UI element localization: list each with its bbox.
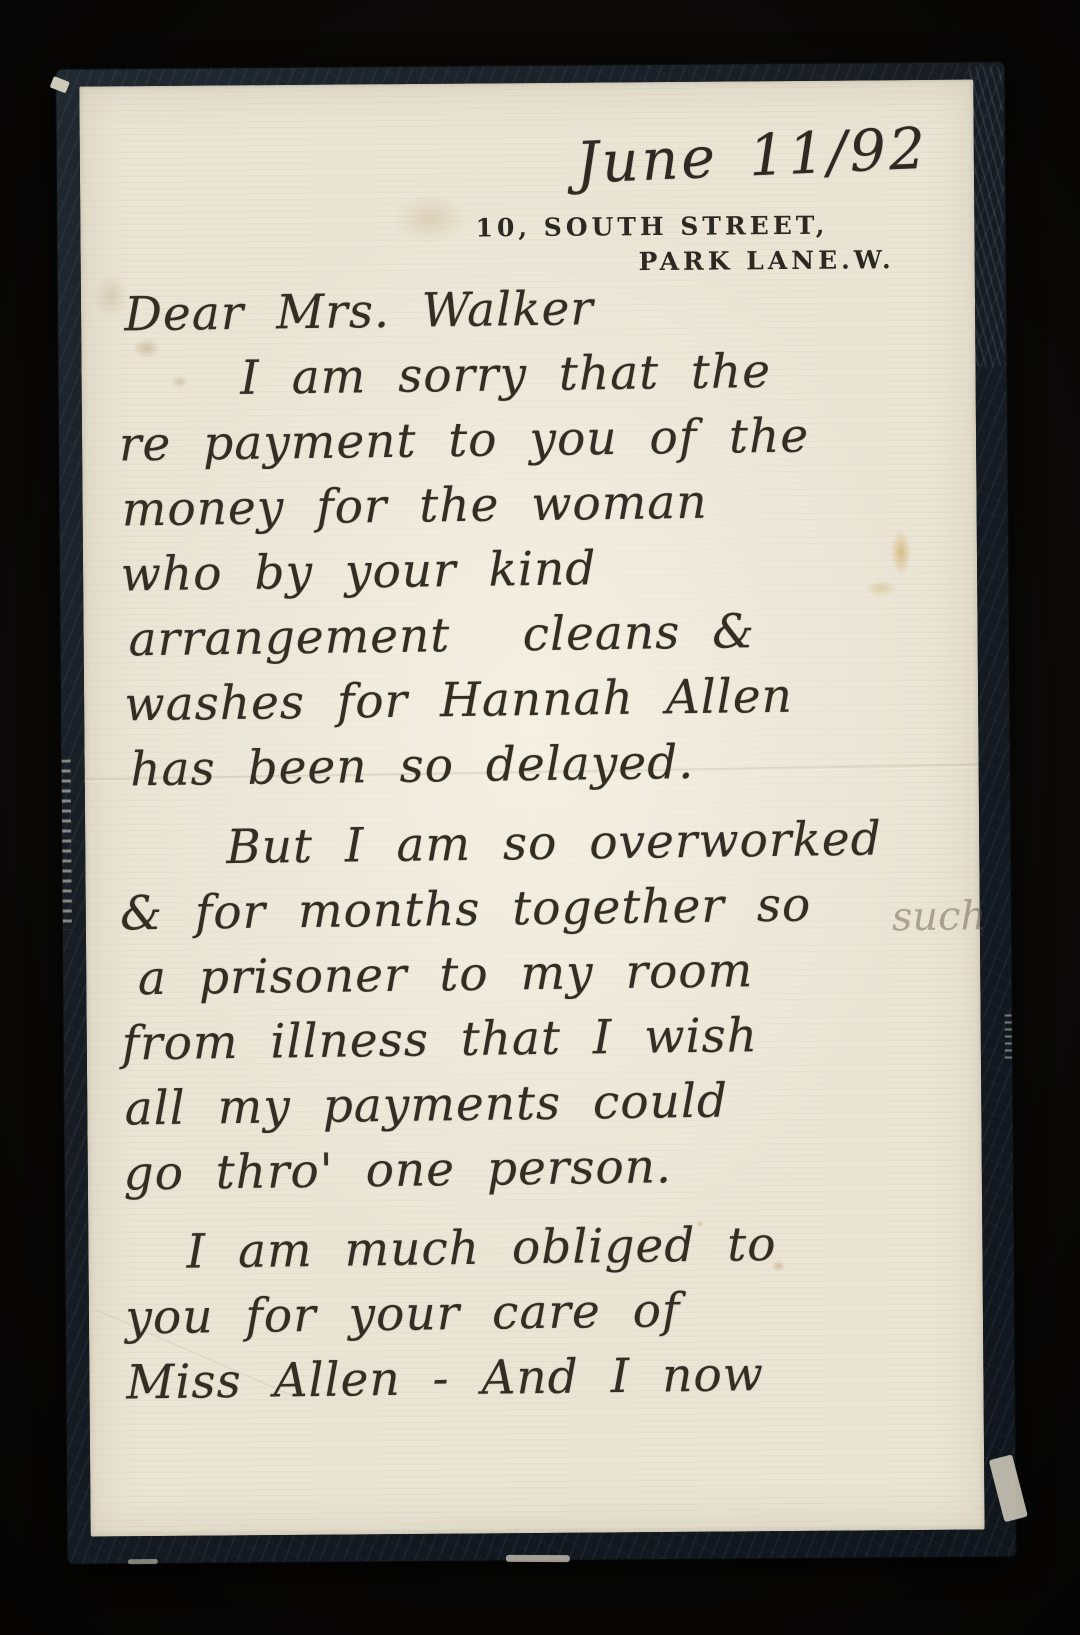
letter-line: re payment to you of the bbox=[119, 401, 967, 477]
letter-line: I am much obliged to bbox=[186, 1209, 977, 1284]
letter-line: I am sorry that the bbox=[240, 336, 966, 410]
letter-line: arrangement cleans & bbox=[128, 596, 969, 672]
letterhead-district: PARK LANE.W. bbox=[638, 245, 894, 276]
letter-line: washes for Hannah Allen bbox=[124, 661, 970, 737]
edge-wear-chip bbox=[989, 1454, 1028, 1522]
edge-wear-chip bbox=[128, 1559, 158, 1564]
letter-line: & for months together so such bbox=[120, 870, 973, 946]
letter-line-text: & for months together so bbox=[120, 877, 812, 941]
letter-line: go thro' one person. bbox=[123, 1130, 976, 1206]
mourning-border-card: June 11/92 10, SOUTH STREET, PARK LANE.W… bbox=[56, 62, 1016, 1563]
letter-line: who by your kind bbox=[120, 531, 968, 607]
letter-line: all my payments could bbox=[124, 1065, 975, 1141]
letter-line: you for your care of bbox=[125, 1274, 978, 1350]
edge-wear-chip bbox=[50, 76, 70, 93]
letter-line: Miss Allen - And I now bbox=[126, 1339, 979, 1415]
letterhead-street: 10, SOUTH STREET, bbox=[475, 211, 828, 243]
letter-line: from illness that I wish bbox=[121, 1000, 974, 1076]
letter-line: But I am so overworked bbox=[226, 805, 972, 880]
edge-wear-chip bbox=[506, 1555, 570, 1562]
letter-paper: June 11/92 10, SOUTH STREET, PARK LANE.W… bbox=[79, 80, 984, 1537]
edge-wear-cracks bbox=[1005, 1014, 1012, 1060]
letter-body: Dear Mrs. Walker I am sorry that the re … bbox=[112, 271, 979, 1415]
salutation: Dear Mrs. Walker bbox=[124, 271, 965, 347]
photo-background: June 11/92 10, SOUTH STREET, PARK LANE.W… bbox=[0, 0, 1080, 1635]
letter-line: has been so delayed. bbox=[130, 726, 971, 802]
edge-wear-cracks bbox=[62, 760, 72, 930]
pencil-annotation: such bbox=[891, 884, 986, 950]
letter-line: a prisoner to my room bbox=[138, 935, 974, 1011]
handwritten-date: June 11/92 bbox=[574, 116, 929, 197]
letter-line: money for the woman bbox=[121, 466, 967, 542]
